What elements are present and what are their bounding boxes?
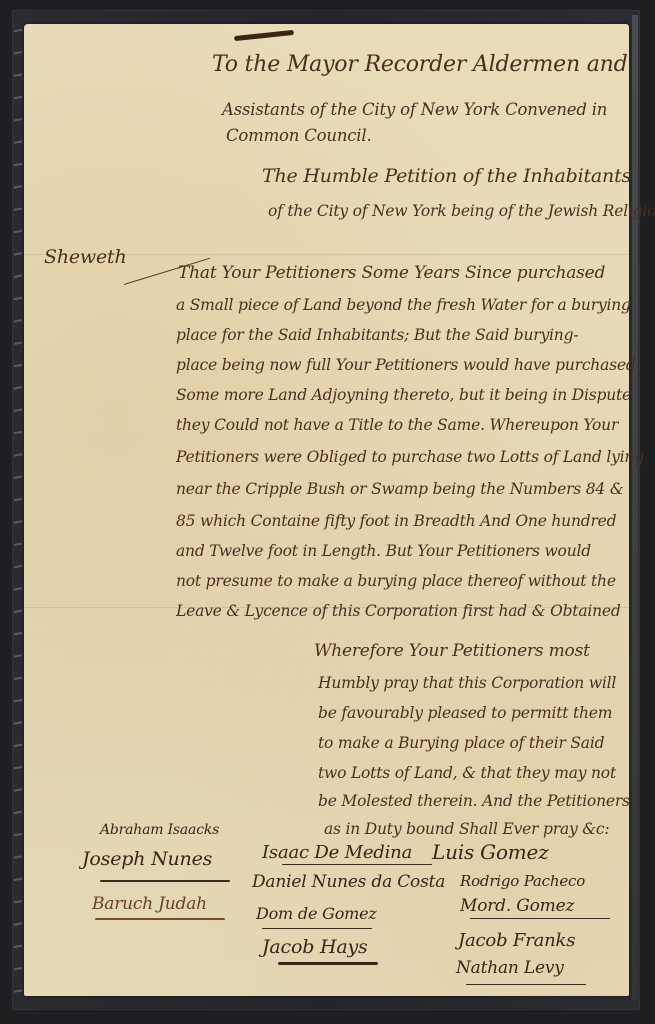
petition-title: The Humble Petition of the Inhabitants [262,165,631,187]
signature: Abraham Isaacks [100,822,219,838]
prayer-line: Humbly pray that this Corporation will [318,668,616,698]
body-line: place for the Said Inhabitants; But the … [176,320,578,350]
signature: Dom de Gomez [256,904,377,923]
body-line: place being now full Your Petitioners wo… [176,350,636,380]
sleeve-glare [14,20,22,1000]
signature: Nathan Levy [456,958,564,978]
prayer-line: to make a Burying place of their Said [318,728,604,758]
signature: Mord. Gomez [460,896,574,916]
signature: Rodrigo Pacheco [460,872,585,890]
prayer-line: be Molested therein. And the Petitioners [318,786,630,816]
body-line: they Could not have a Title to the Same.… [176,410,618,440]
petition-subtitle: of the City of New York being of the Jew… [268,196,655,226]
body-line: not presume to make a burying place ther… [176,566,616,596]
prayer-line: be favourably pleased to permitt them [318,698,612,728]
body-line: and Twelve foot in Length. But Your Peti… [176,536,591,566]
signature-flourish [470,918,610,919]
signature: Isaac De Medina [262,842,412,863]
prayer-line: Wherefore Your Petitioners most [314,636,590,666]
sheweth-label: Sheweth [44,246,126,268]
body-line: Leave & Lycence of this Corporation firs… [176,596,621,626]
signature-flourish [100,880,230,882]
body-line: 85 which Containe fifty foot in Breadth … [176,506,616,536]
signature: Jacob Hays [262,936,368,958]
address-line-3: Common Council. [226,126,372,145]
address-line-1: To the Mayor Recorder Aldermen and [212,52,628,77]
sleeve-glare [632,15,638,1000]
signature-flourish [262,928,372,929]
signature-flourish [282,864,432,865]
body-line: Some more Land Adjoyning thereto, but it… [176,380,631,410]
address-line-2: Assistants of the City of New York Conve… [222,100,607,119]
body-line: That Your Petitioners Some Years Since p… [178,258,605,288]
signature-flourish [95,918,225,920]
body-line: near the Cripple Bush or Swamp being the… [176,474,623,504]
signature: Joseph Nunes [82,848,212,870]
signature: Jacob Franks [458,930,575,951]
body-line: Petitioners were Obliged to purchase two… [176,442,644,472]
body-line: a Small piece of Land beyond the fresh W… [176,290,631,320]
prayer-line: two Lotts of Land, & that they may not [318,758,616,788]
signature: Luis Gomez [432,840,549,864]
signature: Daniel Nunes da Costa [252,872,445,892]
signature-flourish [278,962,378,965]
signature: Baruch Judah [92,894,207,914]
signature-flourish [466,984,586,985]
